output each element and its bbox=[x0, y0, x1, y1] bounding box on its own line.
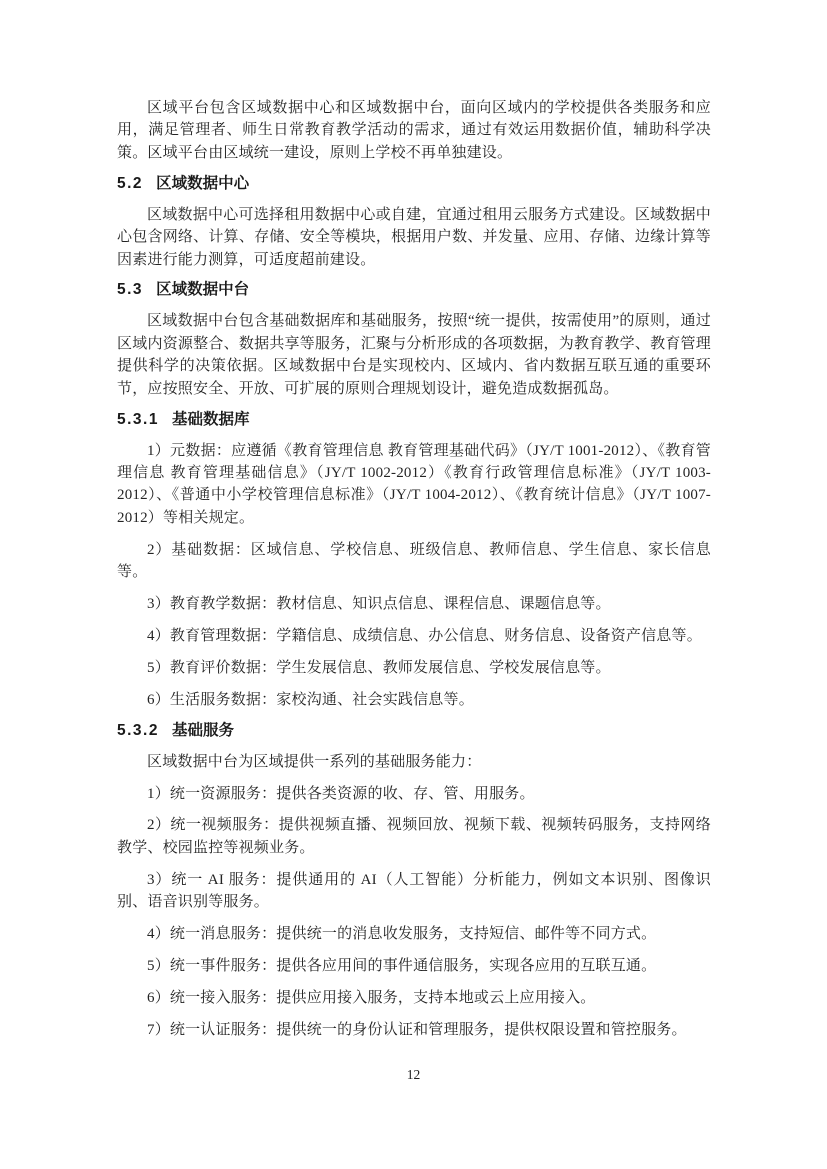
section-5-3-paragraph: 区域数据中台包含基础数据库和基础服务，按照“统一提供，按需使用”的原则，通过区域… bbox=[117, 310, 711, 400]
section-number: 5.3 bbox=[117, 281, 143, 298]
list-item-teaching-data: 3）教育教学数据：教材信息、知识点信息、课程信息、课题信息等。 bbox=[117, 593, 711, 615]
list-item-auth-service: 7）统一认证服务：提供统一的身份认证和管理服务，提供权限设置和管控服务。 bbox=[117, 1019, 711, 1041]
list-item-life-service-data: 6）生活服务数据：家校沟通、社会实践信息等。 bbox=[117, 689, 711, 711]
section-heading-5-3: 5.3区域数据中台 bbox=[117, 280, 711, 300]
section-heading-5-3-1: 5.3.1基础数据库 bbox=[117, 410, 711, 430]
list-item-resource-service: 1）统一资源服务：提供各类资源的收、存、管、用服务。 bbox=[117, 783, 711, 805]
page-number: 12 bbox=[407, 1067, 421, 1082]
section-number: 5.2 bbox=[117, 175, 143, 192]
section-number: 5.3.2 bbox=[117, 722, 159, 739]
intro-paragraph: 区域平台包含区域数据中心和区域数据中台，面向区域内的学校提供各类服务和应用，满足… bbox=[117, 97, 711, 164]
list-item-access-service: 6）统一接入服务：提供应用接入服务，支持本地或云上应用接入。 bbox=[117, 987, 711, 1009]
section-heading-5-3-2: 5.3.2基础服务 bbox=[117, 721, 711, 741]
list-item-metadata: 1）元数据：应遵循《教育管理信息 教育管理基础代码》（JY/T 1001-201… bbox=[117, 440, 711, 530]
section-5-3-2-lead: 区域数据中台为区域提供一系列的基础服务能力： bbox=[117, 751, 711, 773]
list-item-basic-data: 2）基础数据：区域信息、学校信息、班级信息、教师信息、学生信息、家长信息等。 bbox=[117, 539, 711, 584]
section-number: 5.3.1 bbox=[117, 411, 159, 428]
section-title: 基础服务 bbox=[172, 722, 234, 739]
document-page: 区域平台包含区域数据中心和区域数据中台，面向区域内的学校提供各类服务和应用，满足… bbox=[0, 0, 827, 1169]
list-item-video-service: 2）统一视频服务：提供视频直播、视频回放、视频下载、视频转码服务，支持网络教学、… bbox=[117, 814, 711, 859]
section-title: 区域数据中心 bbox=[156, 175, 249, 192]
list-item-message-service: 4）统一消息服务：提供统一的消息收发服务，支持短信、邮件等不同方式。 bbox=[117, 923, 711, 945]
list-item-evaluation-data: 5）教育评价数据：学生发展信息、教师发展信息、学校发展信息等。 bbox=[117, 657, 711, 679]
section-title: 基础数据库 bbox=[172, 411, 250, 428]
section-title: 区域数据中台 bbox=[156, 281, 249, 298]
list-item-event-service: 5）统一事件服务：提供各应用间的事件通信服务，实现各应用的互联互通。 bbox=[117, 955, 711, 977]
list-item-ai-service: 3）统一 AI 服务：提供通用的 AI（人工智能）分析能力，例如文本识别、图像识… bbox=[117, 869, 711, 914]
document-content: 区域平台包含区域数据中心和区域数据中台，面向区域内的学校提供各类服务和应用，满足… bbox=[117, 97, 711, 1051]
list-item-management-data: 4）教育管理数据：学籍信息、成绩信息、办公信息、财务信息、设备资产信息等。 bbox=[117, 625, 711, 647]
section-5-2-paragraph: 区域数据中心可选择租用数据中心或自建，宜通过租用云服务方式建设。区域数据中心包含… bbox=[117, 204, 711, 271]
section-heading-5-2: 5.2区域数据中心 bbox=[117, 174, 711, 194]
page-footer: 12 bbox=[0, 1066, 827, 1084]
